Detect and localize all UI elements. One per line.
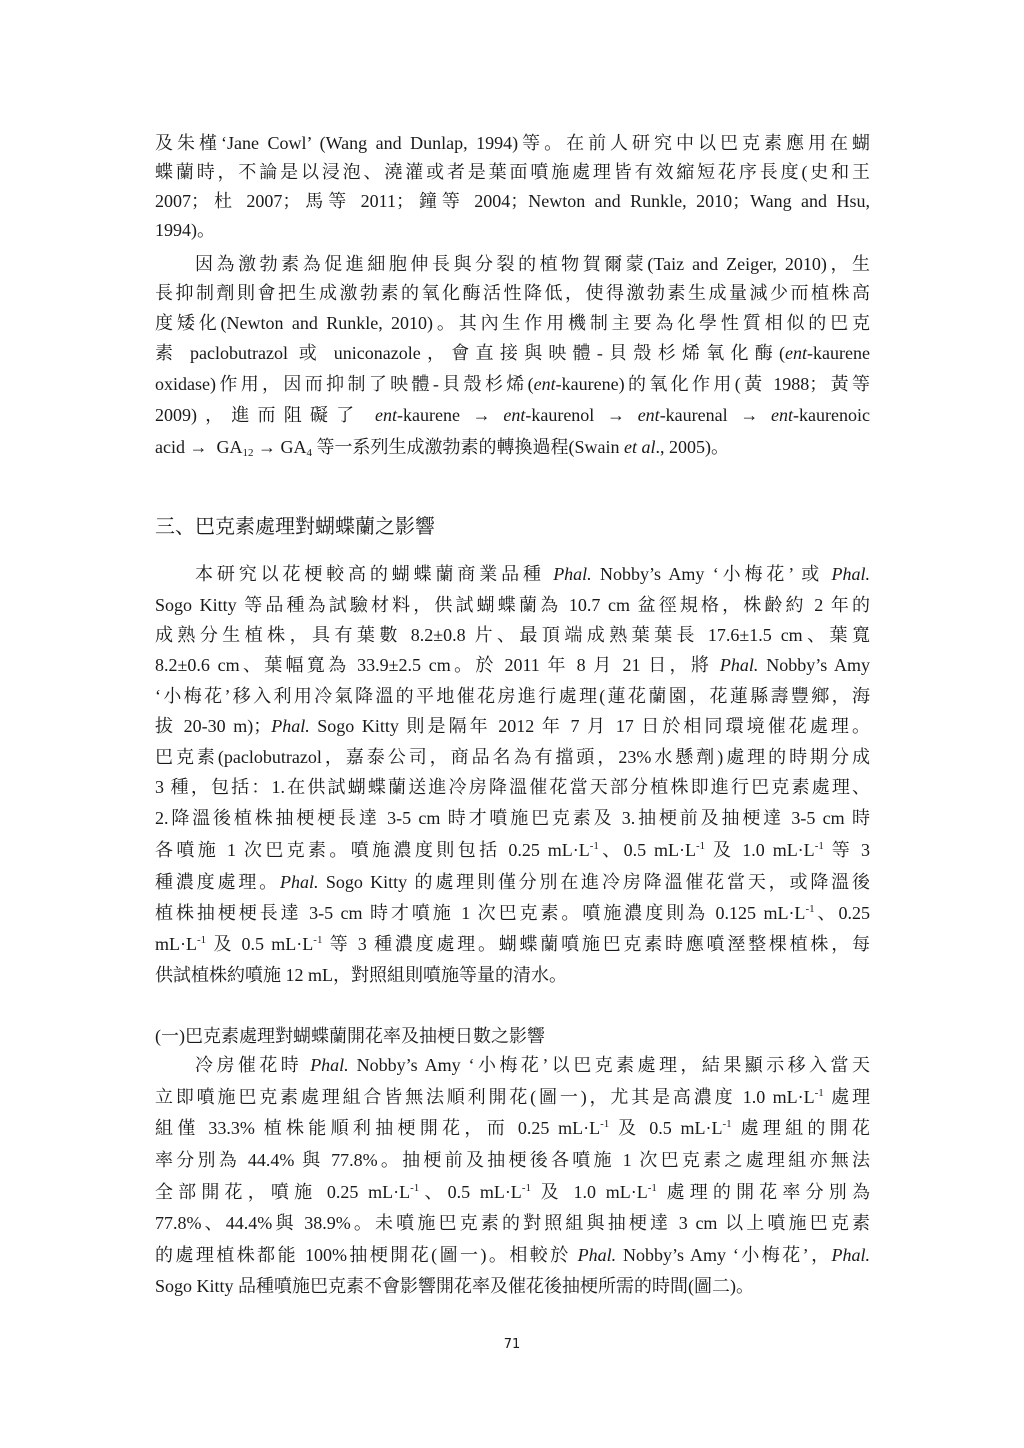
text-line: 成熟分生植株，具有葉數 8.2±0.8 片、最頂端成熟葉葉長 17.6±1.5 …	[155, 623, 870, 647]
text-line: 長抑制劑則會把生成激勃素的氧化酶活性降低，使得激勃素生成量減少而植株高	[155, 281, 870, 305]
text-line: 及朱槿‘Jane Cowl’ (Wang and Dunlap, 1994)等。…	[155, 131, 870, 155]
text-line: Sogo Kitty 等品種為試驗材料，供試蝴蝶蘭為 10.7 cm 盆徑規格，…	[155, 593, 870, 617]
subsection-heading: (一)巴克素處理對蝴蝶蘭開花率及抽梗日數之影響	[155, 1024, 545, 1048]
text-line: 因為激勃素為促進細胞伸長與分裂的植物賀爾蒙(Taiz and Zeiger, 2…	[195, 252, 870, 276]
text-line: 8.2±0.6 cm、葉幅寬為 33.9±2.5 cm。於 2011 年 8 月…	[155, 653, 870, 677]
text-line: 組僅 33.3% 植株能順利抽梗開花，而 0.25 mL·L-1 及 0.5 m…	[155, 1116, 870, 1140]
text-line: 冷房催花時 Phal. Nobby’s Amy ‘小梅花’以巴克素處理，結果顯示…	[195, 1053, 870, 1077]
text-line: mL·L-1 及 0.5 mL·L-1 等 3 種濃度處理。蝴蝶蘭噴施巴克素時應…	[155, 932, 870, 956]
text-line: 2.降溫後植株抽梗梗長達 3-5 cm 時才噴施巴克素及 3.抽梗前及抽梗達 3…	[155, 806, 870, 830]
text-line: 種濃度處理。Phal. Sogo Kitty 的處理則僅分別在進冷房降溫催花當天…	[155, 870, 870, 894]
section-heading: 三、巴克素處理對蝴蝶蘭之影響	[155, 514, 435, 540]
text-line: 的處理植株都能 100%抽梗開花(圖一)。相較於 Phal. Nobby’s A…	[155, 1243, 870, 1267]
text-line: ‘小梅花’移入利用冷氣降溫的平地催花房進行處理(蓮花蘭園，花蓮縣壽豐鄉，海	[155, 684, 870, 708]
text-line: 本研究以花梗較高的蝴蝶蘭商業品種 Phal. Nobby’s Amy ‘小梅花’…	[195, 562, 870, 586]
text-line: 率分別為 44.4% 與 77.8%。抽梗前及抽梗後各噴施 1 次巴克素之處理組…	[155, 1148, 870, 1172]
text-line: 供試植株約噴施 12 mL，對照組則噴施等量的清水。	[155, 963, 870, 987]
document-page: 及朱槿‘Jane Cowl’ (Wang and Dunlap, 1994)等。…	[0, 0, 1024, 1448]
text-line: 植株抽梗梗長達 3-5 cm 時才噴施 1 次巴克素。噴施濃度則為 0.125 …	[155, 901, 870, 925]
text-line: Sogo Kitty 品種噴施巴克素不會影響開花率及催花後抽梗所需的時間(圖二)…	[155, 1274, 870, 1298]
text-line: 2007；杜 2007；馬等 2011；鐘等 2004；Newton and R…	[155, 189, 870, 213]
text-line: 立即噴施巴克素處理組合皆無法順利開花(圖一)，尤其是高濃度 1.0 mL·L-1…	[155, 1085, 870, 1109]
text-line: 素 paclobutrazol 或 uniconazole，會直接與映體-貝殼杉…	[155, 341, 870, 365]
text-line: acid → GA12 → GA4 等一系列生成激勃素的轉換過程(Swain e…	[155, 435, 870, 459]
text-line: 77.8%、44.4%與 38.9%。未噴施巴克素的對照組與抽梗達 3 cm 以…	[155, 1211, 870, 1235]
text-line: 全部開花，噴施 0.25 mL·L-1、0.5 mL·L-1 及 1.0 mL·…	[155, 1180, 870, 1204]
text-line: 2009)，進而阻礙了 ent-kaurene → ent-kaurenol →…	[155, 403, 870, 427]
text-line: 蝶蘭時，不論是以浸泡、澆灌或者是葉面噴施處理皆有效縮短花序長度(史和王	[155, 160, 870, 184]
text-line: 巴克素(paclobutrazol，嘉泰公司，商品名為有擋頭，23%水懸劑)處理…	[155, 745, 870, 769]
text-line: 各噴施 1 次巴克素。噴施濃度則包括 0.25 mL·L-1、0.5 mL·L-…	[155, 838, 870, 862]
page-number: 71	[0, 1337, 1024, 1352]
text-line: 度矮化(Newton and Runkle, 2010)。其內生作用機制主要為化…	[155, 311, 870, 335]
text-line: oxidase)作用，因而抑制了映體-貝殼杉烯(ent-kaurene)的氧化作…	[155, 372, 870, 396]
text-line: 1994)。	[155, 218, 870, 242]
text-line: 3 種，包括：1.在供試蝴蝶蘭送進冷房降溫催花當天部分植株即進行巴克素處理、	[155, 775, 870, 799]
text-line: 拔 20-30 m)；Phal. Sogo Kitty 則是隔年 2012 年 …	[155, 714, 870, 738]
